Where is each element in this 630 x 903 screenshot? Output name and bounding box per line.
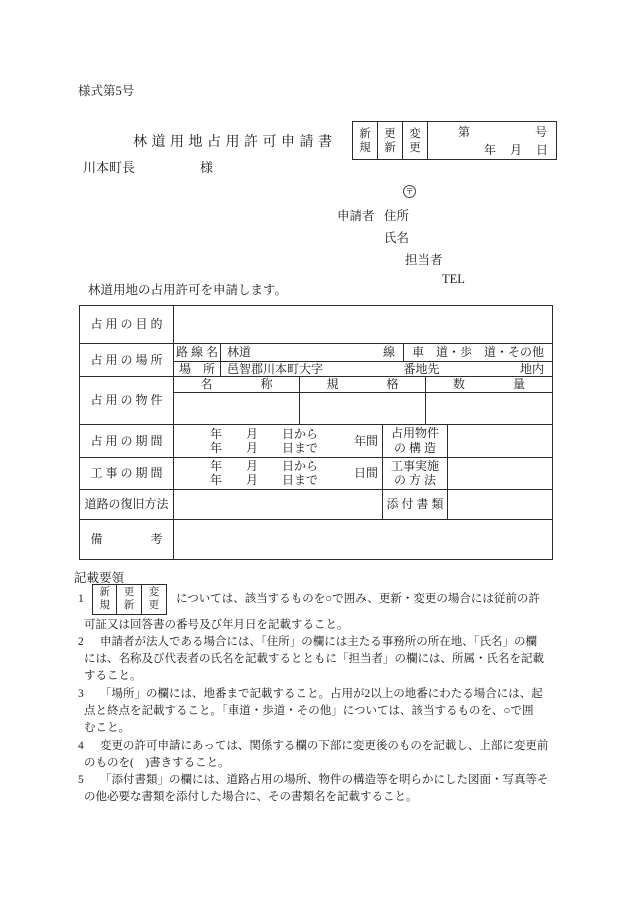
addressee: 川本町長 bbox=[83, 157, 135, 176]
note-5-number: 5 bbox=[78, 773, 84, 787]
purpose-label: 占 用 の 目 的 bbox=[80, 306, 174, 344]
note-2-number: 2 bbox=[78, 635, 84, 649]
permit-number-area: 第 号 年 月 日 bbox=[428, 122, 556, 159]
note-3-line-3: むこと。 bbox=[84, 721, 130, 735]
occupation-period-cell: 年 月 日から 年 月 日まで 年間 bbox=[174, 424, 383, 457]
applicant-contact-label: 担当者 bbox=[405, 250, 443, 268]
restore-method-cell bbox=[174, 489, 383, 519]
construction-days-unit: 日間 bbox=[354, 466, 382, 480]
col-header-name: 名 称 bbox=[174, 377, 300, 392]
construction-period-cell: 年 月 日から 年 月 日まで 日間 bbox=[174, 457, 383, 489]
note-5-line-2: の他必要な書類を添付した場合に、その書類名を記載すること。 bbox=[84, 790, 418, 804]
structure-label: 占用物件 の 構 造 bbox=[383, 424, 448, 457]
page-title: 林 道 用 地 占 用 許 可 申 請 書 bbox=[133, 131, 333, 151]
note-3-line-1: 「場所」の欄には、地番まで記載すること。占用が2以上の地番にわたる場合には、起 bbox=[100, 687, 543, 701]
attachments-value-cell bbox=[448, 489, 553, 519]
permit-date-month: 月 bbox=[510, 141, 522, 159]
location-prefix: 邑智郡川本町大字 bbox=[227, 362, 323, 376]
note-2-line-2: には、名称及び代表者の氏名を記載するとともに「担当者」の欄には、所属・氏名を記載 bbox=[84, 652, 544, 666]
occupation-period-dates: 年 月 日から 年 月 日まで bbox=[174, 427, 354, 455]
status-box: 新 規 更 新 変 更 第 号 年 月 日 bbox=[352, 121, 557, 160]
permit-number-prefix: 第 bbox=[458, 123, 470, 141]
occupation-period-label: 占 用 の 期 間 bbox=[80, 424, 174, 457]
location-label: 場 所 bbox=[174, 362, 221, 377]
object-spec-cell bbox=[300, 392, 426, 424]
addressee-honorific: 様 bbox=[200, 157, 213, 176]
construction-date-to: 年 月 日まで bbox=[174, 473, 354, 487]
route-suffix: 線 bbox=[383, 345, 395, 359]
note-status-option-change: 変 更 bbox=[142, 585, 166, 614]
occupation-permit-table: 占 用 の 目 的 占 用 の 場 所 路 線 名 林道 線 車 道・歩 道・そ… bbox=[79, 305, 553, 560]
route-name-label: 路 線 名 bbox=[174, 344, 221, 362]
remarks-label: 備 考 bbox=[80, 519, 174, 559]
permit-date-day: 日 bbox=[536, 141, 548, 159]
permit-number-row: 第 号 bbox=[428, 123, 556, 141]
intro-text: 林道用地の占用許可を申請します。 bbox=[88, 280, 287, 298]
attachments-label: 添 付 書 類 bbox=[383, 489, 448, 519]
applicant-name-label: 氏名 bbox=[384, 228, 409, 246]
status-option-change: 変 更 bbox=[403, 122, 428, 159]
location-suffix: 地内 bbox=[520, 362, 544, 376]
object-qty-cell bbox=[426, 392, 553, 424]
construction-period-label: 工 事 の 期 間 bbox=[80, 457, 174, 489]
permit-date-row: 年 月 日 bbox=[428, 141, 556, 159]
note-1-line-2: 可証又は回答書の番号及び年月日を記載すること。 bbox=[84, 618, 349, 632]
remarks-value-cell bbox=[174, 519, 553, 559]
note-4-number: 4 bbox=[78, 739, 84, 753]
purpose-value-cell bbox=[174, 306, 553, 344]
applicant-address-label: 住所 bbox=[384, 206, 409, 224]
note-1-number: 1 bbox=[78, 592, 84, 606]
col-header-spec: 規 格 bbox=[300, 377, 426, 392]
applicant-tel-label: TEL bbox=[442, 272, 465, 287]
note-1-line-1: については、該当するものを○で囲み、更新・変更の場合には従前の許 bbox=[176, 592, 540, 606]
note-status-option-renew: 更 新 bbox=[117, 585, 141, 614]
object-name-cell bbox=[174, 392, 300, 424]
form-number: 様式第5号 bbox=[78, 81, 134, 99]
road-type-options: 車 道・歩 道・その他 bbox=[404, 344, 553, 362]
occupation-years-unit: 年間 bbox=[354, 434, 382, 448]
note-3-number: 3 bbox=[78, 687, 84, 701]
method-value-cell bbox=[448, 457, 553, 489]
construction-period-dates: 年 月 日から 年 月 日まで bbox=[174, 459, 354, 487]
permit-number-suffix: 号 bbox=[535, 123, 547, 141]
note-2-line-1: 申請者が法人である場合には、「住所」の欄には主たる事務所の所在地、「氏名」の欄 bbox=[100, 635, 537, 649]
note-5-line-1: 「添付書類」の欄には、道路占用の場所、物件の構造等を明らかにした図面・写真等そ bbox=[100, 773, 549, 787]
method-label: 工事実施 の 方 法 bbox=[383, 457, 448, 489]
location-value-cell: 邑智郡川本町大字 番地先 地内 bbox=[221, 362, 553, 377]
place-label: 占 用 の 場 所 bbox=[80, 344, 174, 377]
occupation-date-to: 年 月 日まで bbox=[174, 441, 354, 455]
permit-date-year: 年 bbox=[484, 141, 496, 159]
note-4-line-1: 変更の許可申請にあっては、関係する欄の下部に変更後のものを記載し、上部に変更前 bbox=[100, 739, 548, 753]
col-header-qty: 数 量 bbox=[426, 377, 553, 392]
note-2-line-3: すること。 bbox=[84, 669, 142, 683]
construction-date-from: 年 月 日から bbox=[174, 459, 354, 473]
restore-method-label: 道路の復旧方法 bbox=[80, 489, 174, 519]
status-option-new: 新 規 bbox=[353, 122, 378, 159]
note-4-line-2: のものを( )書きすること。 bbox=[84, 756, 230, 770]
location-banchi: 番地先 bbox=[404, 362, 440, 376]
applicant-label: 申請者 bbox=[337, 206, 375, 224]
note-3-line-2: 点と終点を記載すること。「車道・歩道・その他」については、該当するものを、○で囲 bbox=[84, 704, 533, 718]
objects-label: 占 用 の 物 件 bbox=[80, 377, 174, 424]
occupation-date-from: 年 月 日から bbox=[174, 427, 354, 441]
route-value: 林道 bbox=[227, 345, 251, 359]
route-value-cell: 林道 線 bbox=[221, 344, 404, 362]
note-1-status-box: 新 規 更 新 変 更 bbox=[92, 584, 167, 615]
application-form-page: 様式第5号 林 道 用 地 占 用 許 可 申 請 書 新 規 更 新 変 更 … bbox=[0, 0, 630, 903]
structure-value-cell bbox=[448, 424, 553, 457]
note-status-option-new: 新 規 bbox=[93, 585, 117, 614]
status-option-renew: 更 新 bbox=[378, 122, 403, 159]
postal-mark-icon: 〒 bbox=[403, 185, 416, 198]
